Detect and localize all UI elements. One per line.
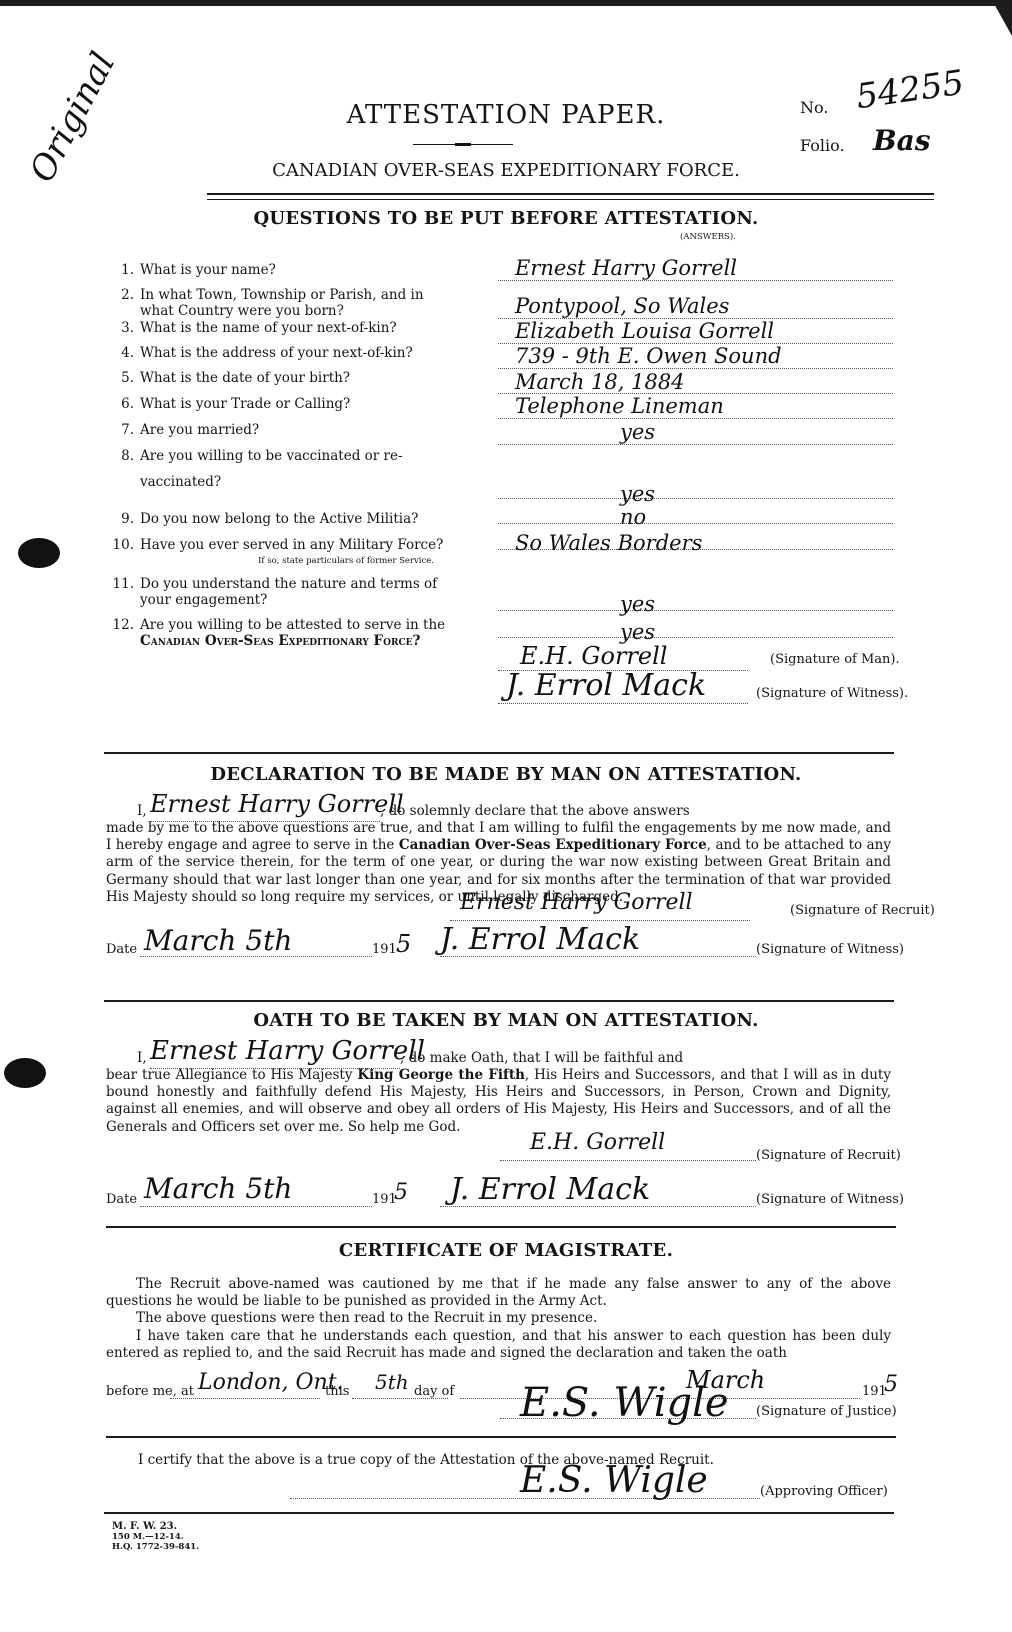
folio-value: Bas [873, 124, 931, 157]
question-9: 9.Do you now belong to the Active Militi… [108, 511, 418, 527]
question-number: 9. [108, 511, 134, 527]
date-label: Date [106, 1192, 137, 1207]
answer-11: yes [620, 592, 655, 616]
magistrate-place-value: London, Ont. [198, 1370, 344, 1395]
answer-9: no [620, 505, 646, 529]
question-text-continued: vaccinated? [108, 474, 403, 490]
answer-3: Elizabeth Louisa Gorrell [515, 319, 774, 343]
answer-5: March 18, 1884 [515, 370, 685, 394]
question-2: 2.In what Town, Township or Parish, and … [108, 287, 424, 319]
signature-of-man-label: (Signature of Man). [770, 652, 900, 667]
answer-4: 739 - 9th E. Owen Sound [515, 344, 782, 368]
divider [207, 199, 934, 200]
question-number: 1. [108, 262, 134, 278]
oath-year-value: 5 [394, 1180, 408, 1205]
number-label: No. [800, 98, 828, 117]
question-note: If so, state particulars of former Servi… [108, 553, 443, 569]
answer-line [498, 280, 893, 281]
divider [104, 1512, 894, 1514]
question-text: Are you willing to be attested to serve … [140, 617, 445, 633]
answer-12: yes [620, 620, 655, 644]
folio-label: Folio. [800, 136, 845, 155]
place-line [170, 1398, 320, 1399]
question-text-continued: what Country were you born? [108, 303, 424, 319]
question-3: 3.What is the name of your next-of-kin? [108, 320, 397, 336]
answer-line [498, 444, 893, 445]
question-text: Do you understand the nature and terms o… [140, 576, 437, 592]
approving-officer-label: (Approving Officer) [760, 1484, 888, 1499]
question-number: 6. [108, 396, 134, 412]
signature-of-justice-label: (Signature of Justice) [756, 1404, 897, 1419]
answer-line [498, 418, 893, 419]
answer-line [498, 637, 893, 638]
signature-of-man: E.H. Gorrell [520, 642, 667, 670]
signature-of-approving-officer: E.S. Wigle [520, 1460, 708, 1501]
declaration-date-value: March 5th [144, 924, 292, 957]
answers-label: (ANSWERS). [680, 232, 736, 242]
day-of-label: day of [414, 1384, 454, 1399]
answer-line [498, 498, 893, 499]
answer-10: So Wales Borders [515, 531, 702, 555]
this-label: this [325, 1384, 349, 1399]
question-4: 4.What is the address of your next-of-ki… [108, 345, 413, 361]
answer-8: yes [620, 482, 655, 506]
oath-name-prefix: I, [137, 1050, 147, 1066]
question-number: 8. [108, 448, 134, 464]
question-text: Do you now belong to the Active Militia? [140, 511, 418, 527]
oath-line1: , do make Oath, that I will be faithful … [400, 1050, 683, 1066]
declaration-signature-recruit: Ernest Harry Gorrell [460, 890, 693, 915]
question-number: 10. [108, 537, 134, 553]
question-text: What is your name? [140, 262, 276, 278]
oath-name-value: Ernest Harry Gorrell [150, 1036, 425, 1066]
declaration-line1: , do solemnly declare that the above ans… [380, 803, 690, 819]
magistrate-day-value: 5th [375, 1370, 409, 1394]
question-number: 2. [108, 287, 134, 303]
question-text: What is the address of your next-of-kin? [140, 345, 413, 361]
oath-signature-witness: J. Errol Mack [450, 1172, 650, 1207]
answer-line [498, 368, 893, 369]
form-reference: M. F. W. 23. 150 M.—12-14. H.Q. 1772-39-… [112, 1522, 199, 1552]
answer-1: Ernest Harry Gorrell [515, 256, 737, 280]
signature-of-witness: J. Errol Mack [506, 668, 706, 703]
title-ornament-rule [413, 144, 513, 145]
place-label: before me, at [106, 1384, 194, 1399]
question-text-continued: Canadian Over-Seas Expeditionary Force? [108, 633, 445, 649]
year-prefix: 191 [372, 942, 397, 957]
oath-date-value: March 5th [144, 1172, 292, 1205]
question-number: 12. [108, 617, 134, 633]
answer-7: yes [620, 420, 655, 444]
magistrate-year-value: 5 [884, 1372, 898, 1397]
question-10: 10.Have you ever served in any Military … [108, 537, 443, 569]
question-11: 11.Do you understand the nature and term… [108, 576, 437, 608]
divider [104, 1000, 894, 1002]
question-number: 11. [108, 576, 134, 592]
divider [106, 1436, 896, 1438]
declaration-name-value: Ernest Harry Gorrell [150, 790, 404, 818]
question-text: Have you ever served in any Military For… [140, 537, 443, 553]
oath-heading: OATH TO BE TAKEN BY MAN ON ATTESTATION. [0, 1010, 1012, 1031]
signature-of-witness-label: (Signature of Witness) [756, 942, 904, 957]
magistrate-heading: CERTIFICATE OF MAGISTRATE. [0, 1240, 1012, 1261]
question-number: 7. [108, 422, 134, 438]
question-number: 5. [108, 370, 134, 386]
questions-heading: QUESTIONS TO BE PUT BEFORE ATTESTATION. [0, 208, 1012, 229]
signature-of-recruit-label: (Signature of Recruit) [756, 1148, 901, 1163]
signature-of-witness-label: (Signature of Witness) [756, 1192, 904, 1207]
divider [207, 193, 934, 195]
declaration-year-value: 5 [396, 930, 411, 958]
question-8: 8.Are you willing to be vaccinated or re… [108, 448, 403, 490]
question-text: What is the date of your birth? [140, 370, 350, 386]
divider [106, 1226, 896, 1228]
date-label: Date [106, 942, 137, 957]
question-text: In what Town, Township or Parish, and in [140, 287, 424, 303]
question-1: 1.What is your name? [108, 262, 276, 278]
declaration-name-prefix: I, [137, 803, 147, 819]
signature-line [450, 920, 750, 921]
question-7: 7.Are you married? [108, 422, 259, 438]
punch-hole [18, 538, 60, 568]
declaration-signature-witness: J. Errol Mack [440, 922, 640, 957]
answer-2: Pontypool, So Wales [515, 294, 729, 318]
signature-line [500, 1160, 756, 1161]
question-text-continued: your engagement? [108, 592, 437, 608]
declaration-heading: DECLARATION TO BE MADE BY MAN ON ATTESTA… [0, 764, 1012, 785]
question-6: 6.What is your Trade or Calling? [108, 396, 350, 412]
question-text: Are you willing to be vaccinated or re- [140, 448, 403, 464]
signature-of-justice: E.S. Wigle [520, 1380, 729, 1426]
divider [104, 752, 894, 754]
question-text: Are you married? [140, 422, 259, 438]
punch-hole [4, 1058, 46, 1088]
question-number: 3. [108, 320, 134, 336]
scan-top-edge [0, 0, 1012, 6]
question-text: What is your Trade or Calling? [140, 396, 350, 412]
page-subtitle: CANADIAN OVER-SEAS EXPEDITIONARY FORCE. [0, 160, 1012, 181]
magistrate-body: The Recruit above-named was cautioned by… [106, 1276, 891, 1362]
signature-of-witness-label: (Signature of Witness). [756, 686, 908, 701]
question-number: 4. [108, 345, 134, 361]
answer-6: Telephone Lineman [515, 394, 724, 418]
question-12: 12.Are you willing to be attested to ser… [108, 617, 445, 649]
oath-signature-recruit: E.H. Gorrell [530, 1130, 665, 1155]
scan-corner-fold [992, 0, 1012, 36]
question-text: What is the name of your next-of-kin? [140, 320, 397, 336]
question-5: 5.What is the date of your birth? [108, 370, 350, 386]
answer-line [498, 523, 893, 524]
answer-line [498, 610, 893, 611]
signature-of-recruit-label: (Signature of Recruit) [790, 903, 935, 918]
oath-body: bear true Allegiance to His Majesty King… [106, 1067, 891, 1136]
signature-line [498, 703, 748, 704]
date-line [140, 1206, 372, 1207]
